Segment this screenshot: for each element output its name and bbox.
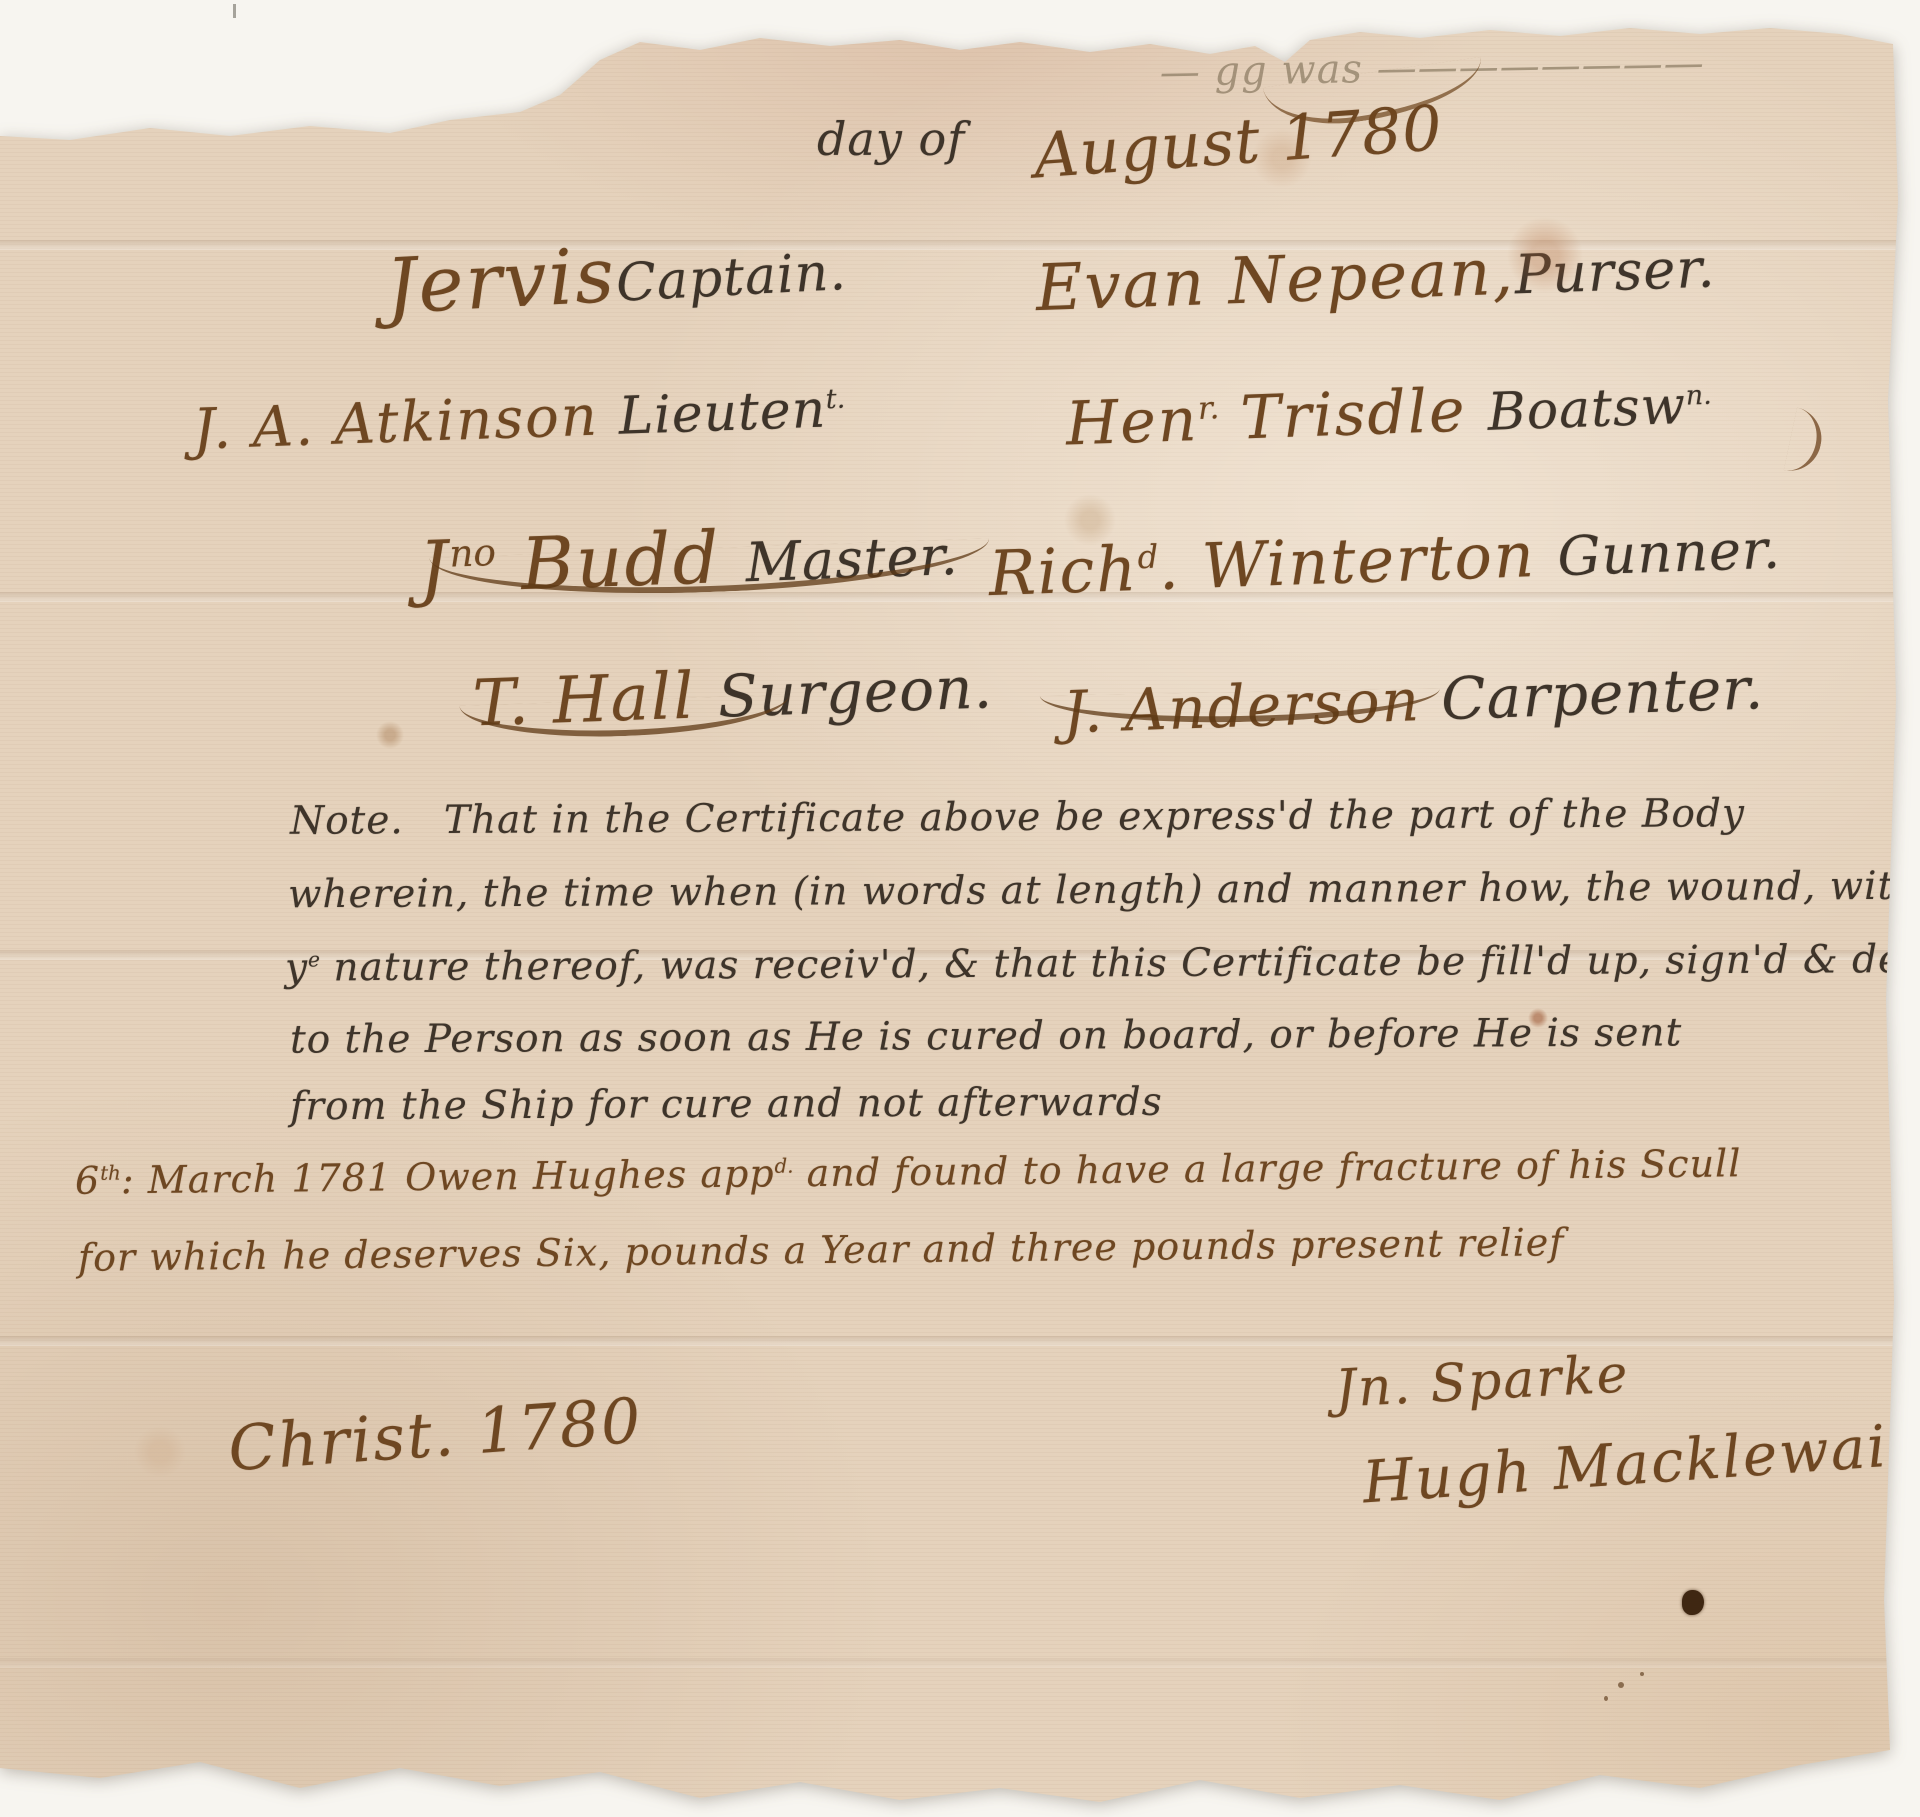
note-line-5: from the Ship for cure and not afterward…	[290, 1080, 1163, 1130]
signature-budd: Jno Budd	[417, 514, 746, 609]
rank-lieutenant: Lieutent.	[618, 379, 847, 447]
endorsement-signature-sparke: Jn. Sparke	[1334, 1344, 1631, 1419]
rank-surgeon: Surgeon.	[717, 653, 994, 731]
ink-speck	[1640, 1672, 1644, 1676]
signature-row-jervis: JervisCaptain.	[342, 199, 849, 352]
note-line-1: Note. That in the Certificate above be e…	[290, 791, 1745, 844]
signature-row-winterton: Richd. Winterton Gunner.	[946, 490, 1782, 630]
date-august-1780: August 1780	[1031, 91, 1445, 192]
signature-nepean: Evan Nepean,	[1035, 235, 1516, 326]
signature-row-budd: Jno Budd Master.	[376, 488, 960, 630]
signature-row-hall: T. Hall Surgeon.	[430, 630, 994, 762]
fold-crease	[0, 1336, 1920, 1346]
rank-gunner: Gunner.	[1556, 517, 1782, 588]
signature-trisdle: Henr. Trisdle	[1065, 375, 1489, 460]
pen-mark	[1784, 407, 1828, 476]
signature-row-nepean: Evan Nepean,Purser.	[993, 209, 1717, 346]
memo-line-2: for which he deserves Six, pounds a Year…	[78, 1220, 1565, 1280]
scanned-document-page: — gg was ———————— day of August 1780 Jer…	[0, 0, 1920, 1817]
endorsement-signature-macklewaith: Hugh Macklewaith	[1360, 1407, 1920, 1516]
memo-line-1: 6th: March 1781 Owen Hughes appd. and fo…	[75, 1141, 1742, 1202]
signature-row-atkinson: J. A. Atkinson Lieutent.	[150, 356, 847, 483]
rank-carpenter: Carpenter.	[1440, 654, 1765, 733]
endorsement-date-christmas-1780: Christ. 1780	[226, 1384, 645, 1486]
ink-speck	[1604, 1696, 1608, 1701]
paper-shadow-wrap: — gg was ———————— day of August 1780 Jer…	[0, 0, 1920, 1817]
signature-row-anderson: J. Anderson Carpenter.	[1020, 635, 1765, 767]
note-line-3: ye nature thereof, was receiv'd, & that …	[285, 936, 1920, 990]
signature-jervis: Jervis	[384, 230, 618, 331]
ink-blot	[1682, 1590, 1704, 1615]
rank-captain: Captain.	[615, 242, 848, 314]
document-paper: — gg was ———————— day of August 1780 Jer…	[0, 0, 1920, 1817]
ink-speck	[1618, 1682, 1624, 1688]
note-line-4: to the Person as soon as He is cured on …	[290, 1010, 1682, 1062]
note-line-2: wherein, the time when (in words at leng…	[288, 864, 1920, 918]
signature-anderson: J. Anderson	[1062, 665, 1443, 746]
rank-boatswain: Boatswn.	[1487, 375, 1714, 443]
signature-winterton: Richd. Winterton	[988, 517, 1559, 610]
rank-purser: Purser.	[1514, 236, 1717, 306]
fold-crease	[0, 1658, 1920, 1668]
signature-hall: T. Hall	[472, 659, 720, 742]
signature-row-trisdle: Henr. Trisdle Boatswn.	[1023, 348, 1714, 480]
signature-atkinson: J. A. Atkinson	[192, 383, 620, 463]
rank-master: Master.	[745, 524, 960, 594]
